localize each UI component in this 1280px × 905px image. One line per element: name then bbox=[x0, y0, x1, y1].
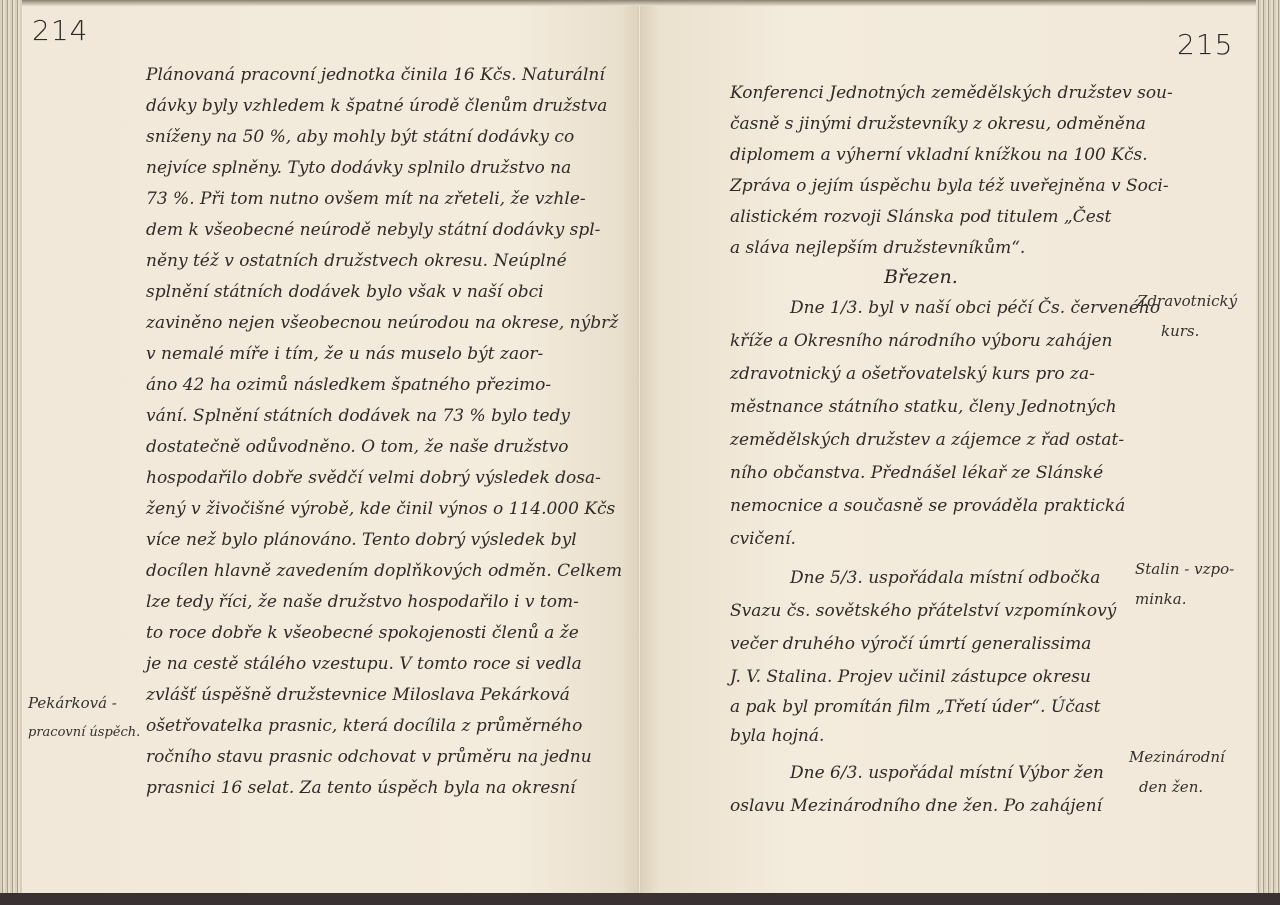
text-line: docílen hlavně zavedením doplňkových odm… bbox=[146, 556, 622, 586]
text-line: je na cestě stálého vzestupu. V tomto ro… bbox=[146, 649, 582, 679]
text-line: ročního stavu prasnic odchovat v průměru… bbox=[146, 742, 592, 772]
left-page: 214 Plánovaná pracovní jednotka činila 1… bbox=[22, 0, 639, 893]
text-line: nemocnice a současně se prováděla prakti… bbox=[730, 491, 1125, 521]
margin-note-line: den žen. bbox=[1129, 772, 1225, 802]
open-book: 214 Plánovaná pracovní jednotka činila 1… bbox=[0, 0, 1280, 893]
text-line: Dne 1/3. byl v naší obci péčí Čs. červen… bbox=[790, 293, 1160, 323]
page-number-right: 215 bbox=[1177, 28, 1233, 61]
text-line: oslavu Mezinárodního dne žen. Po zahájen… bbox=[730, 791, 1102, 821]
text-line: Plánovaná pracovní jednotka činila 16 Kč… bbox=[146, 60, 605, 90]
text-line: žený v živočišné výrobě, kde činil výnos… bbox=[146, 494, 615, 524]
text-line: městnance státního statku, členy Jednotn… bbox=[730, 392, 1117, 422]
margin-note-line: Stalin - vzpo- bbox=[1135, 554, 1234, 584]
text-line: ošetřovatelka prasnic, která docílila z … bbox=[146, 711, 582, 741]
section-heading-brezen: Březen. bbox=[884, 262, 958, 292]
text-line: dem k všeobecné neúrodě nebyly státní do… bbox=[146, 215, 600, 245]
text-line: prasnici 16 selat. Za tento úspěch byla … bbox=[146, 773, 576, 803]
margin-note-line: kurs. bbox=[1137, 316, 1237, 346]
text-line: nejvíce splněny. Tyto dodávky splnilo dr… bbox=[146, 153, 571, 183]
text-line: Svazu čs. sovětského přátelství vzpomínk… bbox=[730, 596, 1116, 626]
text-line: více než bylo plánováno. Tento dobrý výs… bbox=[146, 525, 577, 555]
text-line: a pak byl promítán film „Třetí úder“. Úč… bbox=[730, 692, 1100, 722]
margin-note-line: Zdravotnický bbox=[1137, 286, 1237, 316]
margin-note-mezinarodni-den-zen: Mezinárodní den žen. bbox=[1129, 742, 1225, 802]
text-line: sníženy na 50 %, aby mohly být státní do… bbox=[146, 122, 574, 152]
text-line: Dne 5/3. uspořádala místní odbočka bbox=[790, 563, 1100, 593]
text-line: a sláva nejlepším družstevníkům“. bbox=[730, 233, 1025, 263]
text-line: cvičení. bbox=[730, 524, 796, 554]
text-line: něny též v ostatních družstvech okresu. … bbox=[146, 246, 567, 276]
margin-note-line: pracovní úspěch. bbox=[28, 718, 140, 748]
text-line: byla hojná. bbox=[730, 721, 824, 751]
text-line: zaviněno nejen všeobecnou neúrodou na ok… bbox=[146, 308, 618, 338]
text-line: ního občanstva. Přednášel lékař ze Sláns… bbox=[730, 458, 1103, 488]
right-page: 215 Konferenci Jednotných zemědělských d… bbox=[641, 0, 1256, 893]
page-number-left: 214 bbox=[32, 14, 88, 47]
text-line: zemědělských družstev a zájemce z řad os… bbox=[730, 425, 1124, 455]
text-line: večer druhého výročí úmrtí generalissima bbox=[730, 629, 1091, 659]
text-line: áno 42 ha ozimů následkem špatného přezi… bbox=[146, 370, 551, 400]
book-top-edge bbox=[0, 0, 1280, 6]
text-line: 73 %. Při tom nutno ovšem mít na zřeteli… bbox=[146, 184, 586, 214]
text-line: dávky byly vzhledem k špatné úrodě členů… bbox=[146, 91, 607, 121]
margin-note-stalin-vzpominka: Stalin - vzpo- minka. bbox=[1135, 554, 1234, 614]
text-line: J. V. Stalina. Projev učinil zástupce ok… bbox=[730, 662, 1091, 692]
text-line: lze tedy říci, že naše družstvo hospodař… bbox=[146, 587, 579, 617]
margin-note-pekarkova: Pekárková - pracovní úspěch. bbox=[28, 688, 140, 748]
text-line: alistickém rozvoji Slánska pod titulem „… bbox=[730, 202, 1111, 232]
text-line: hospodařilo dobře svědčí velmi dobrý výs… bbox=[146, 463, 601, 493]
text-line: Konferenci Jednotných zemědělských družs… bbox=[730, 78, 1173, 108]
left-page-edges bbox=[0, 0, 22, 893]
text-line: zvlášť úspěšně družstevnice Miloslava Pe… bbox=[146, 680, 570, 710]
margin-note-line: minka. bbox=[1135, 584, 1234, 614]
margin-note-line: Pekárková - bbox=[28, 688, 140, 718]
text-line: Dne 6/3. uspořádal místní Výbor žen bbox=[790, 758, 1104, 788]
margin-note-line: Mezinárodní bbox=[1129, 742, 1225, 772]
text-line: v nemalé míře i tím, že u nás muselo být… bbox=[146, 339, 543, 369]
text-line: diplomem a výherní vkladní knížkou na 10… bbox=[730, 140, 1148, 170]
text-line: vání. Splnění státních dodávek na 73 % b… bbox=[146, 401, 570, 431]
text-line: zdravotnický a ošetřovatelský kurs pro z… bbox=[730, 359, 1095, 389]
text-line: dostatečně odůvodněno. O tom, že naše dr… bbox=[146, 432, 568, 462]
margin-note-zdravotnicky-kurs: Zdravotnický kurs. bbox=[1137, 286, 1237, 346]
text-line: splnění státních dodávek bylo však v naš… bbox=[146, 277, 544, 307]
right-page-edges bbox=[1256, 0, 1280, 893]
text-line: Zpráva o jejím úspěchu byla též uveřejně… bbox=[730, 171, 1169, 201]
text-line: to roce dobře k všeobecné spokojenosti č… bbox=[146, 618, 579, 648]
text-line: časně s jinými družstevníky z okresu, od… bbox=[730, 109, 1146, 139]
text-line: kříže a Okresního národního výboru zaháj… bbox=[730, 326, 1113, 356]
